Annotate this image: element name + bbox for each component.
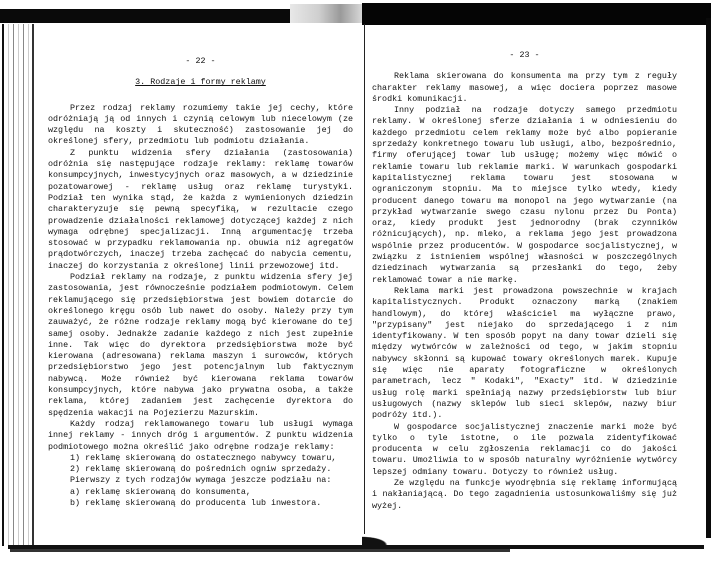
scan-smudge [290, 4, 362, 23]
paragraph: Inny podział na rodzaje dotyczy samego p… [372, 105, 677, 286]
paragraph: Podział reklamy na rodzaje, z punktu wid… [48, 272, 353, 419]
list-item: a) reklamę skierowaną do konsumenta, [70, 487, 353, 498]
scan-border-right [706, 18, 711, 538]
list: 1) reklamę skierowaną do ostatecznego na… [48, 453, 353, 509]
scan-border-top-right [362, 3, 711, 25]
paragraph: Reklama marki jest prowadzona powszechni… [372, 286, 677, 422]
left-page: - 22 - 3. Rodzaje i formy reklamy Przez … [48, 56, 353, 509]
book-spine [364, 24, 365, 534]
book-page-edges [2, 24, 34, 546]
page-number: - 23 - [372, 50, 677, 61]
page-number: - 22 - [48, 56, 353, 67]
paragraph: Z punktu widzenia sfery działania (zasto… [48, 148, 353, 272]
scan-border-top-left [0, 9, 290, 23]
paragraph: Ze względu na funkcje wyodrębnia się rek… [372, 478, 677, 512]
list-item: Pierwszy z tych rodzajów wymaga jeszcze … [70, 475, 353, 486]
paragraph: Reklama skierowana do konsumenta ma przy… [372, 71, 677, 105]
list-item: 1) reklamę skierowaną do ostatecznego na… [70, 453, 353, 464]
right-page: - 23 - Reklama skierowana do konsumenta … [372, 50, 677, 512]
scan-border-bottom-shadow [10, 549, 510, 552]
paragraph: W gospodarce socjalistycznej znaczenie m… [372, 422, 677, 478]
section-title: 3. Rodzaje i formy reklamy [48, 77, 353, 88]
paragraph: Każdy rodzaj reklamowanego towaru lub us… [48, 419, 353, 453]
list-item: b) reklamę skierowaną do producenta lub … [70, 498, 353, 509]
spine-curl [362, 535, 392, 545]
list-item: 2) reklamę skierowaną do pośrednich ogni… [70, 464, 353, 475]
paragraph: Przez rodzaj reklamy rozumiemy takie jej… [48, 103, 353, 148]
